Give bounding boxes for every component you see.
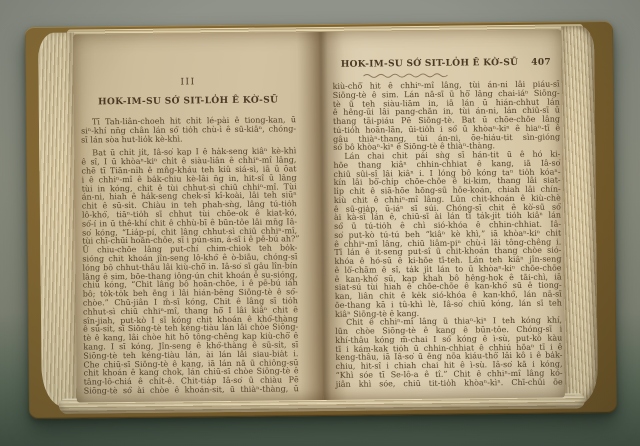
chapter-title: HOK-IM-SU SÓ͘ SIT-LO̍H Ê KÒ͘-SŪ bbox=[78, 95, 299, 107]
chapter-number: III bbox=[81, 76, 296, 88]
paragraph: Chit ê chhiⁿ-mî lâng ū thiaⁿ-kiⁿ I teh k… bbox=[335, 317, 563, 389]
paragraph: Bat ū chi̍t ji̍t, Iâ-so͘ kap I ê ha̍k-se… bbox=[81, 148, 299, 397]
book: III HOK-IM-SU SÓ͘ SIT-LO̍H Ê KÒ͘-SŪ Tī T… bbox=[25, 21, 617, 419]
page-number: 407 bbox=[531, 58, 551, 68]
left-page: III HOK-IM-SU SÓ͘ SIT-LO̍H Ê KÒ͘-SŪ Tī T… bbox=[73, 32, 324, 403]
running-header: HOK-IM-SU SÓ͘ SIT-LO̍H Ê KÒ͘-SŪ 407 bbox=[332, 57, 559, 69]
left-page-text: Tī Tah-liân-choeh hit chi̍t lé-pài ê tio… bbox=[81, 116, 299, 396]
paragraph: Tī Tah-liân-choeh hit chi̍t lé-pài ê tio… bbox=[81, 116, 296, 145]
text-line: jiân khì sóe, chiū tit-tio̍h khòaⁿ-kìⁿ. … bbox=[336, 378, 563, 389]
running-header-title: HOK-IM-SU SÓ͘ SIT-LO̍H Ê KÒ͘-SŪ bbox=[341, 58, 519, 70]
right-page-text: kiù-chō͘ hit ê chhiⁿ-mî lâng, tùi án-ni … bbox=[333, 80, 563, 389]
paragraph: kiù-chō͘ hit ê chhiⁿ-mî lâng, tùi án-ni … bbox=[333, 80, 561, 152]
text-line: sī lán sòa hut-lio̍k kè-khì. bbox=[81, 134, 296, 145]
paragraph: Lán chai chit pái sǹg sī hán-tit ū ê hó … bbox=[333, 150, 562, 319]
text-line: Siōng-tè só͘ ài chòe ê khoán-sit, ū thià… bbox=[84, 385, 299, 396]
wavy-underline-mark bbox=[362, 72, 452, 80]
page-edges-right bbox=[561, 26, 598, 404]
right-page: HOK-IM-SU SÓ͘ SIT-LO̍H Ê KÒ͘-SŪ 407 kiù-… bbox=[320, 29, 565, 400]
page-edges-left bbox=[38, 33, 78, 407]
book-photo: III HOK-IM-SU SÓ͘ SIT-LO̍H Ê KÒ͘-SŪ Tī T… bbox=[0, 0, 640, 446]
